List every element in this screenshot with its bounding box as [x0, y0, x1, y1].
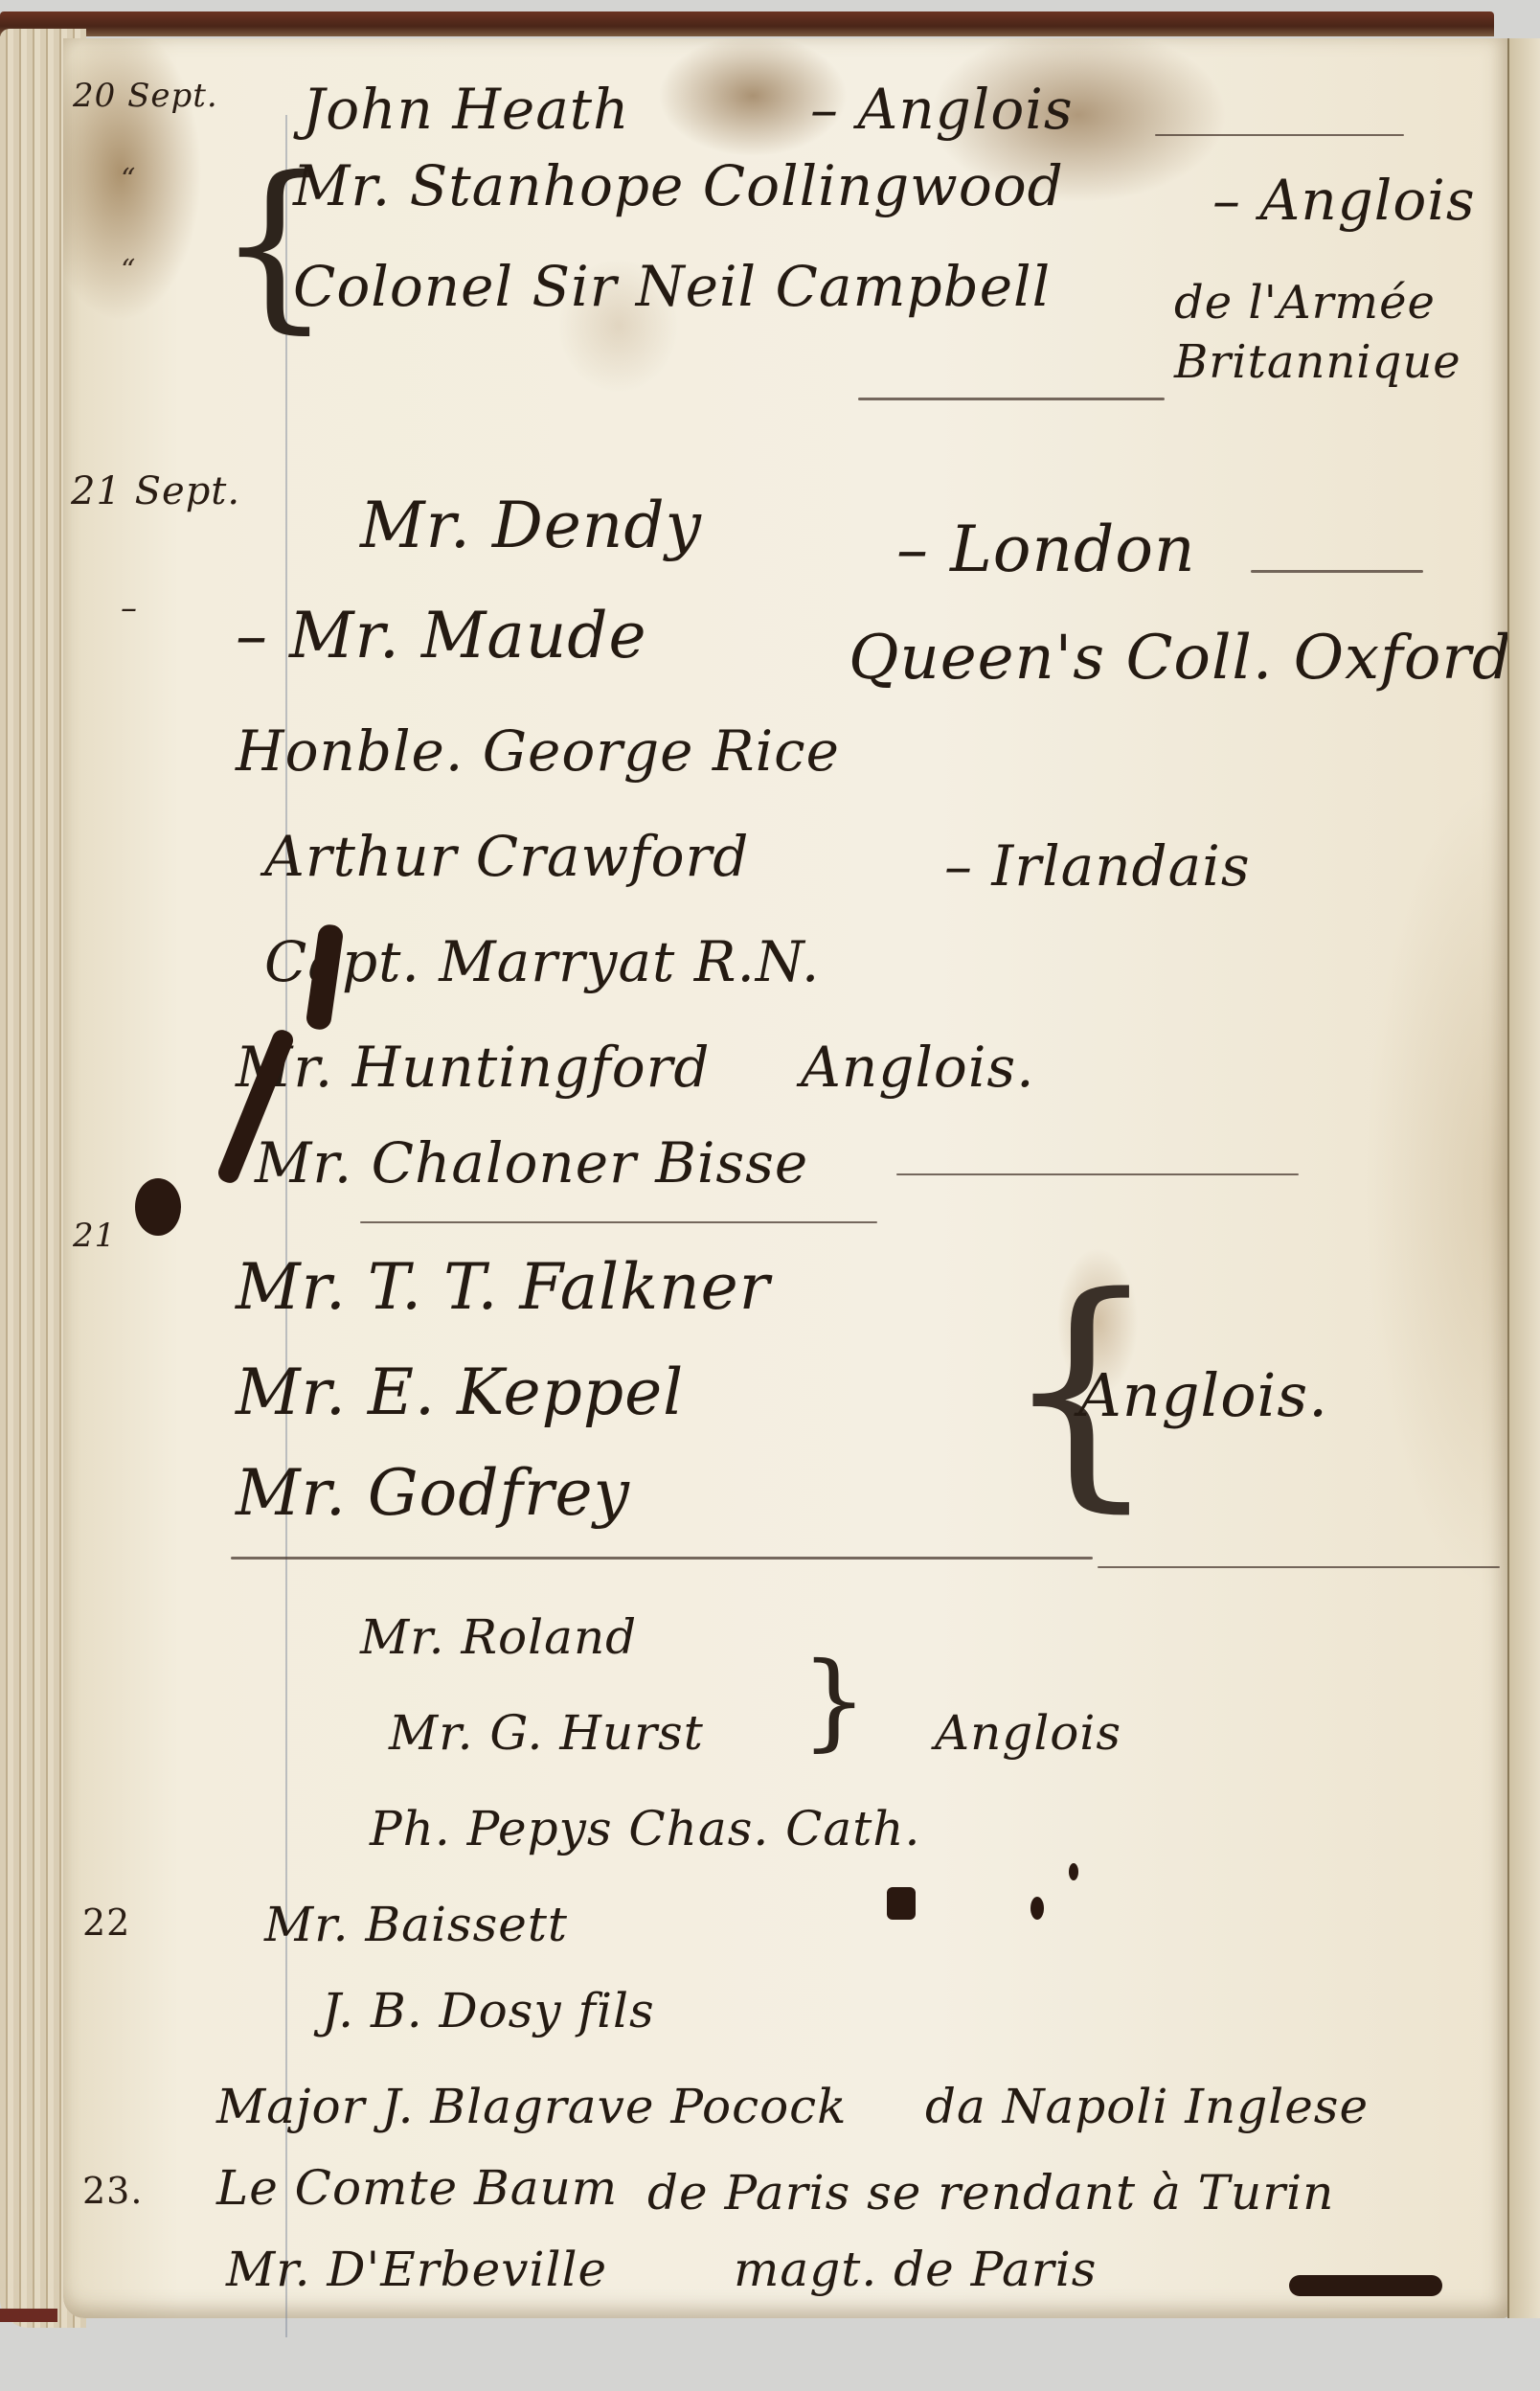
- ink-smear: [1289, 2275, 1442, 2296]
- ink-blot: [1030, 1897, 1044, 1920]
- entry-name: Colonel Sir Neil Campbell: [293, 254, 1051, 319]
- entry-note: – Anglois: [810, 77, 1074, 142]
- entry-name: Mr. Chaloner Bisse: [255, 1130, 808, 1195]
- entry-name: Major J. Blagrave Pocock: [216, 2079, 847, 2134]
- bracket-group: }: [801, 1648, 868, 1753]
- entry-name: John Heath: [303, 77, 629, 142]
- entry-note: de l'Armée Britannique: [1174, 273, 1490, 393]
- ink-blot: [135, 1178, 181, 1236]
- entry-note: – Irlandais: [944, 833, 1251, 899]
- page-right-edge: [1507, 38, 1540, 2318]
- entry-name: Mr. Baissett: [264, 1897, 568, 1952]
- book-binding-top: [0, 11, 1494, 36]
- entry-note: Anglois.: [1078, 1360, 1328, 1430]
- entry-name: J. B. Dosy fils: [322, 1983, 655, 2038]
- dash-rule: [1251, 570, 1423, 573]
- entry-date: “: [121, 254, 136, 287]
- dash-rule: [858, 398, 1165, 400]
- divider-rule: [231, 1557, 1093, 1560]
- entry-name: Arthur Crawford: [264, 824, 749, 889]
- entry-note: Queen's Coll. Oxford: [849, 623, 1512, 694]
- dash-rule: [896, 1173, 1299, 1175]
- ink-blot: [887, 1887, 916, 1920]
- book-binding-bottom: [0, 2309, 57, 2322]
- entry-note: de Paris se rendant à Turin: [647, 2165, 1334, 2220]
- entry-note: – London: [896, 512, 1196, 586]
- entry-note: magt. de Paris: [734, 2242, 1097, 2297]
- entry-date: 21 Sept.: [71, 469, 240, 513]
- entry-note: Anglois: [935, 1705, 1121, 1761]
- entry-name: – Mr. Maude: [236, 599, 647, 672]
- entry-name: Mr. Godfrey: [236, 1456, 630, 1530]
- entry-date: 21: [73, 1217, 116, 1255]
- entry-note: – Anglois: [1212, 168, 1476, 233]
- entry-name: Mr. T. T. Falkner: [236, 1250, 770, 1324]
- register-page: 20 Sept. John Heath – Anglois { “ Mr. St…: [63, 38, 1509, 2318]
- margin-rule: [285, 115, 287, 2337]
- entry-name: Ph. Pepys Chas. Cath.: [370, 1801, 920, 1856]
- entry-date: 23.: [82, 2170, 143, 2212]
- entry-name: Mr. Dendy: [360, 489, 702, 562]
- entry-note: da Napoli Inglese: [925, 2079, 1369, 2134]
- divider-rule: [1098, 1566, 1500, 1568]
- divider-rule: [360, 1221, 877, 1223]
- entry-name: Mr. Roland: [360, 1609, 637, 1665]
- entry-name: Mr. D'Erbeville: [226, 2242, 607, 2297]
- entry-note: Anglois.: [801, 1035, 1035, 1100]
- entry-name: Mr. Stanhope Collingwood: [293, 153, 1064, 218]
- entry-date: 22: [82, 1901, 130, 1944]
- dash-rule: [1155, 134, 1404, 136]
- entry-date: “: [121, 163, 136, 196]
- entry-date: 20 Sept.: [73, 77, 218, 115]
- entry-name: Capt. Marryat R.N.: [264, 929, 820, 994]
- entry-name: Mr. Huntingford: [236, 1035, 710, 1100]
- entry-name: Le Comte Baum: [216, 2160, 618, 2216]
- ink-blot: [1069, 1863, 1078, 1880]
- entry-name: Mr. G. Hurst: [389, 1705, 704, 1761]
- entry-date: –: [121, 589, 138, 627]
- entry-name: Mr. E. Keppel: [236, 1355, 684, 1429]
- entry-name: Honble. George Rice: [236, 718, 840, 784]
